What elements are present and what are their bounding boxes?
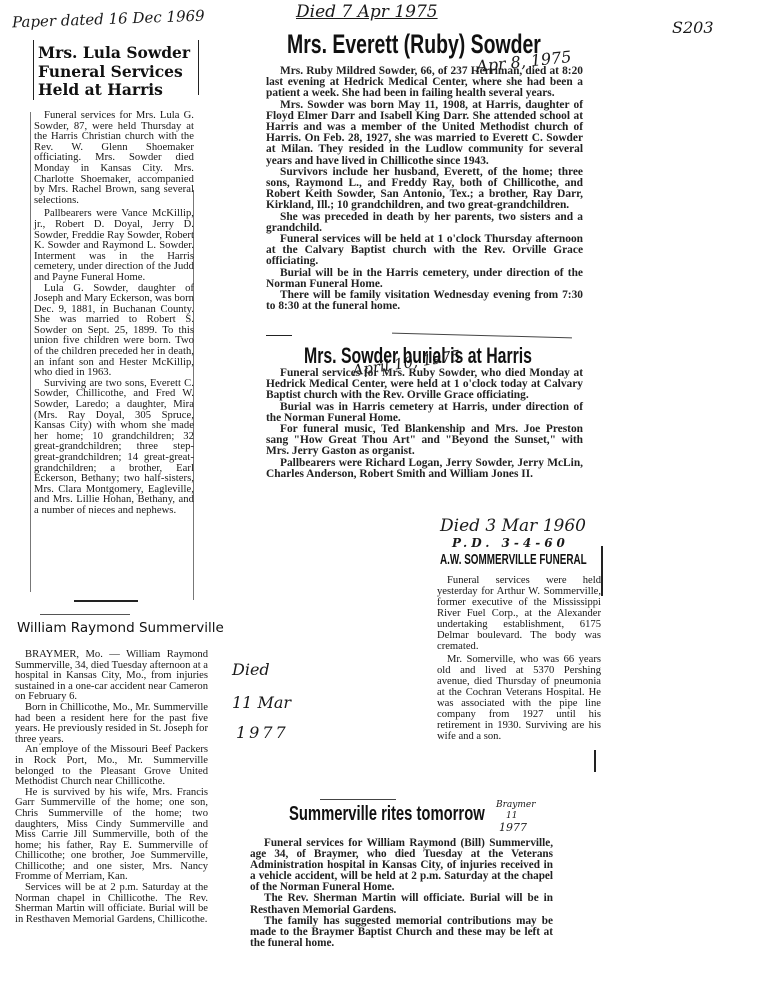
- ruby-paragraph: Burial will be in the Harris cemetery, u…: [266, 268, 583, 290]
- lula-article-body: Funeral services for Mrs. Lula G. Sowder…: [34, 111, 194, 517]
- rites-paragraph: The family has suggested memorial contri…: [250, 916, 553, 949]
- rites-paragraph: The Rev. Sherman Martin will officiate. …: [250, 893, 553, 915]
- william-paragraph: An employe of the Missouri Beef Packers …: [15, 745, 208, 787]
- ruby-paragraph: There will be family visitation Wednesda…: [266, 290, 583, 312]
- handwritten-rites-note-2: 11: [506, 811, 517, 821]
- william-paragraph: Born in Chillicothe, Mo., Mr. Summervill…: [15, 703, 208, 745]
- lula-paragraph: Funeral services for Mrs. Lula G. Sowder…: [34, 111, 194, 206]
- ruby-paragraph: Mrs. Ruby Mildred Sowder, 66, of 237 Her…: [266, 66, 583, 100]
- burial-paragraph: For funeral music, Ted Blankenship and M…: [266, 424, 583, 458]
- lula-headline: Mrs. Lula Sowder Funeral Services Held a…: [38, 44, 198, 100]
- william-top-rule: [40, 614, 130, 615]
- lula-right-rule: [198, 40, 199, 95]
- burial-article-body: Funeral services for Mrs. Ruby Sowder, w…: [266, 368, 583, 480]
- lula-left-rule: [33, 40, 34, 100]
- ruby-paragraph: Funeral services will be held at 1 o'clo…: [266, 234, 583, 268]
- rites-article-body: Funeral services for William Raymond (Bi…: [250, 838, 553, 949]
- ruby-paragraph: She was preceded in death by her parents…: [266, 212, 583, 234]
- burial-top-rule: [392, 333, 572, 339]
- aw-paragraph: Funeral services were held yesterday for…: [437, 575, 601, 652]
- aw-article-body: Funeral services were held yesterday for…: [437, 575, 601, 742]
- william-paragraph: He is survived by his wife, Mrs. Francis…: [15, 788, 208, 883]
- lula-paragraph: Pallbearers were Vance McKillip, jr., Ro…: [34, 209, 194, 283]
- william-paragraph: BRAYMER, Mo. — William Raymond Summervil…: [15, 650, 208, 703]
- handwritten-died-aw: Died 3 Mar 1960: [440, 516, 586, 536]
- burial-top-rule-left: [266, 335, 292, 336]
- handwritten-page-id: S203: [672, 18, 714, 37]
- rites-headline: Summerville rites tomorrow: [289, 803, 485, 826]
- aw-headline: A.W. SOMMERVILLE FUNERAL: [440, 551, 587, 568]
- lula-end-rule: [74, 600, 138, 602]
- lula-paragraph: Lula G. Sowder, daughter of Joseph and M…: [34, 284, 194, 379]
- lula-left-rule-body: [30, 112, 31, 592]
- handwritten-paper-date: Paper dated 16 Dec 1969: [12, 7, 205, 32]
- handwritten-died-ruby: Died 7 Apr 1975: [296, 2, 438, 22]
- ruby-paragraph: Mrs. Sowder was born May 11, 1908, at Ha…: [266, 100, 583, 167]
- burial-headline: Mrs. Sowder burial is at Harris: [304, 343, 532, 369]
- william-article-body: BRAYMER, Mo. — William Raymond Summervil…: [15, 650, 208, 925]
- william-paragraph: Services will be at 2 p.m. Saturday at t…: [15, 883, 208, 925]
- burial-paragraph: Pallbearers were Richard Logan, Jerry So…: [266, 458, 583, 480]
- handwritten-died-william-2: 11 Mar: [232, 693, 291, 712]
- burial-paragraph: Funeral services for Mrs. Ruby Sowder, w…: [266, 368, 583, 402]
- aw-right-rule-lower: [594, 750, 596, 772]
- handwritten-rites-note-1: Braymer: [496, 800, 536, 810]
- ruby-paragraph: Survivors include her husband, Everett, …: [266, 167, 583, 212]
- aw-right-rule: [601, 546, 603, 596]
- rites-paragraph: Funeral services for William Raymond (Bi…: [250, 838, 553, 893]
- rites-top-rule: [320, 799, 396, 800]
- burial-paragraph: Burial was in Harris cemetery at Harris,…: [266, 402, 583, 424]
- handwritten-rites-note-3: 1977: [499, 821, 527, 834]
- handwritten-aw-note: P.D. 3-4-60: [452, 536, 569, 550]
- ruby-article-body: Mrs. Ruby Mildred Sowder, 66, of 237 Her…: [266, 66, 583, 312]
- lula-paragraph: Surviving are two sons, Everett C. Sowde…: [34, 379, 194, 517]
- handwritten-died-william-1: Died: [232, 660, 270, 679]
- ruby-headline: Mrs. Everett (Ruby) Sowder: [287, 29, 541, 60]
- aw-paragraph: Mr. Somerville, who was 66 years old and…: [437, 654, 601, 742]
- handwritten-died-william-3: 1977: [236, 723, 289, 742]
- william-headline: William Raymond Summerville: [17, 620, 217, 636]
